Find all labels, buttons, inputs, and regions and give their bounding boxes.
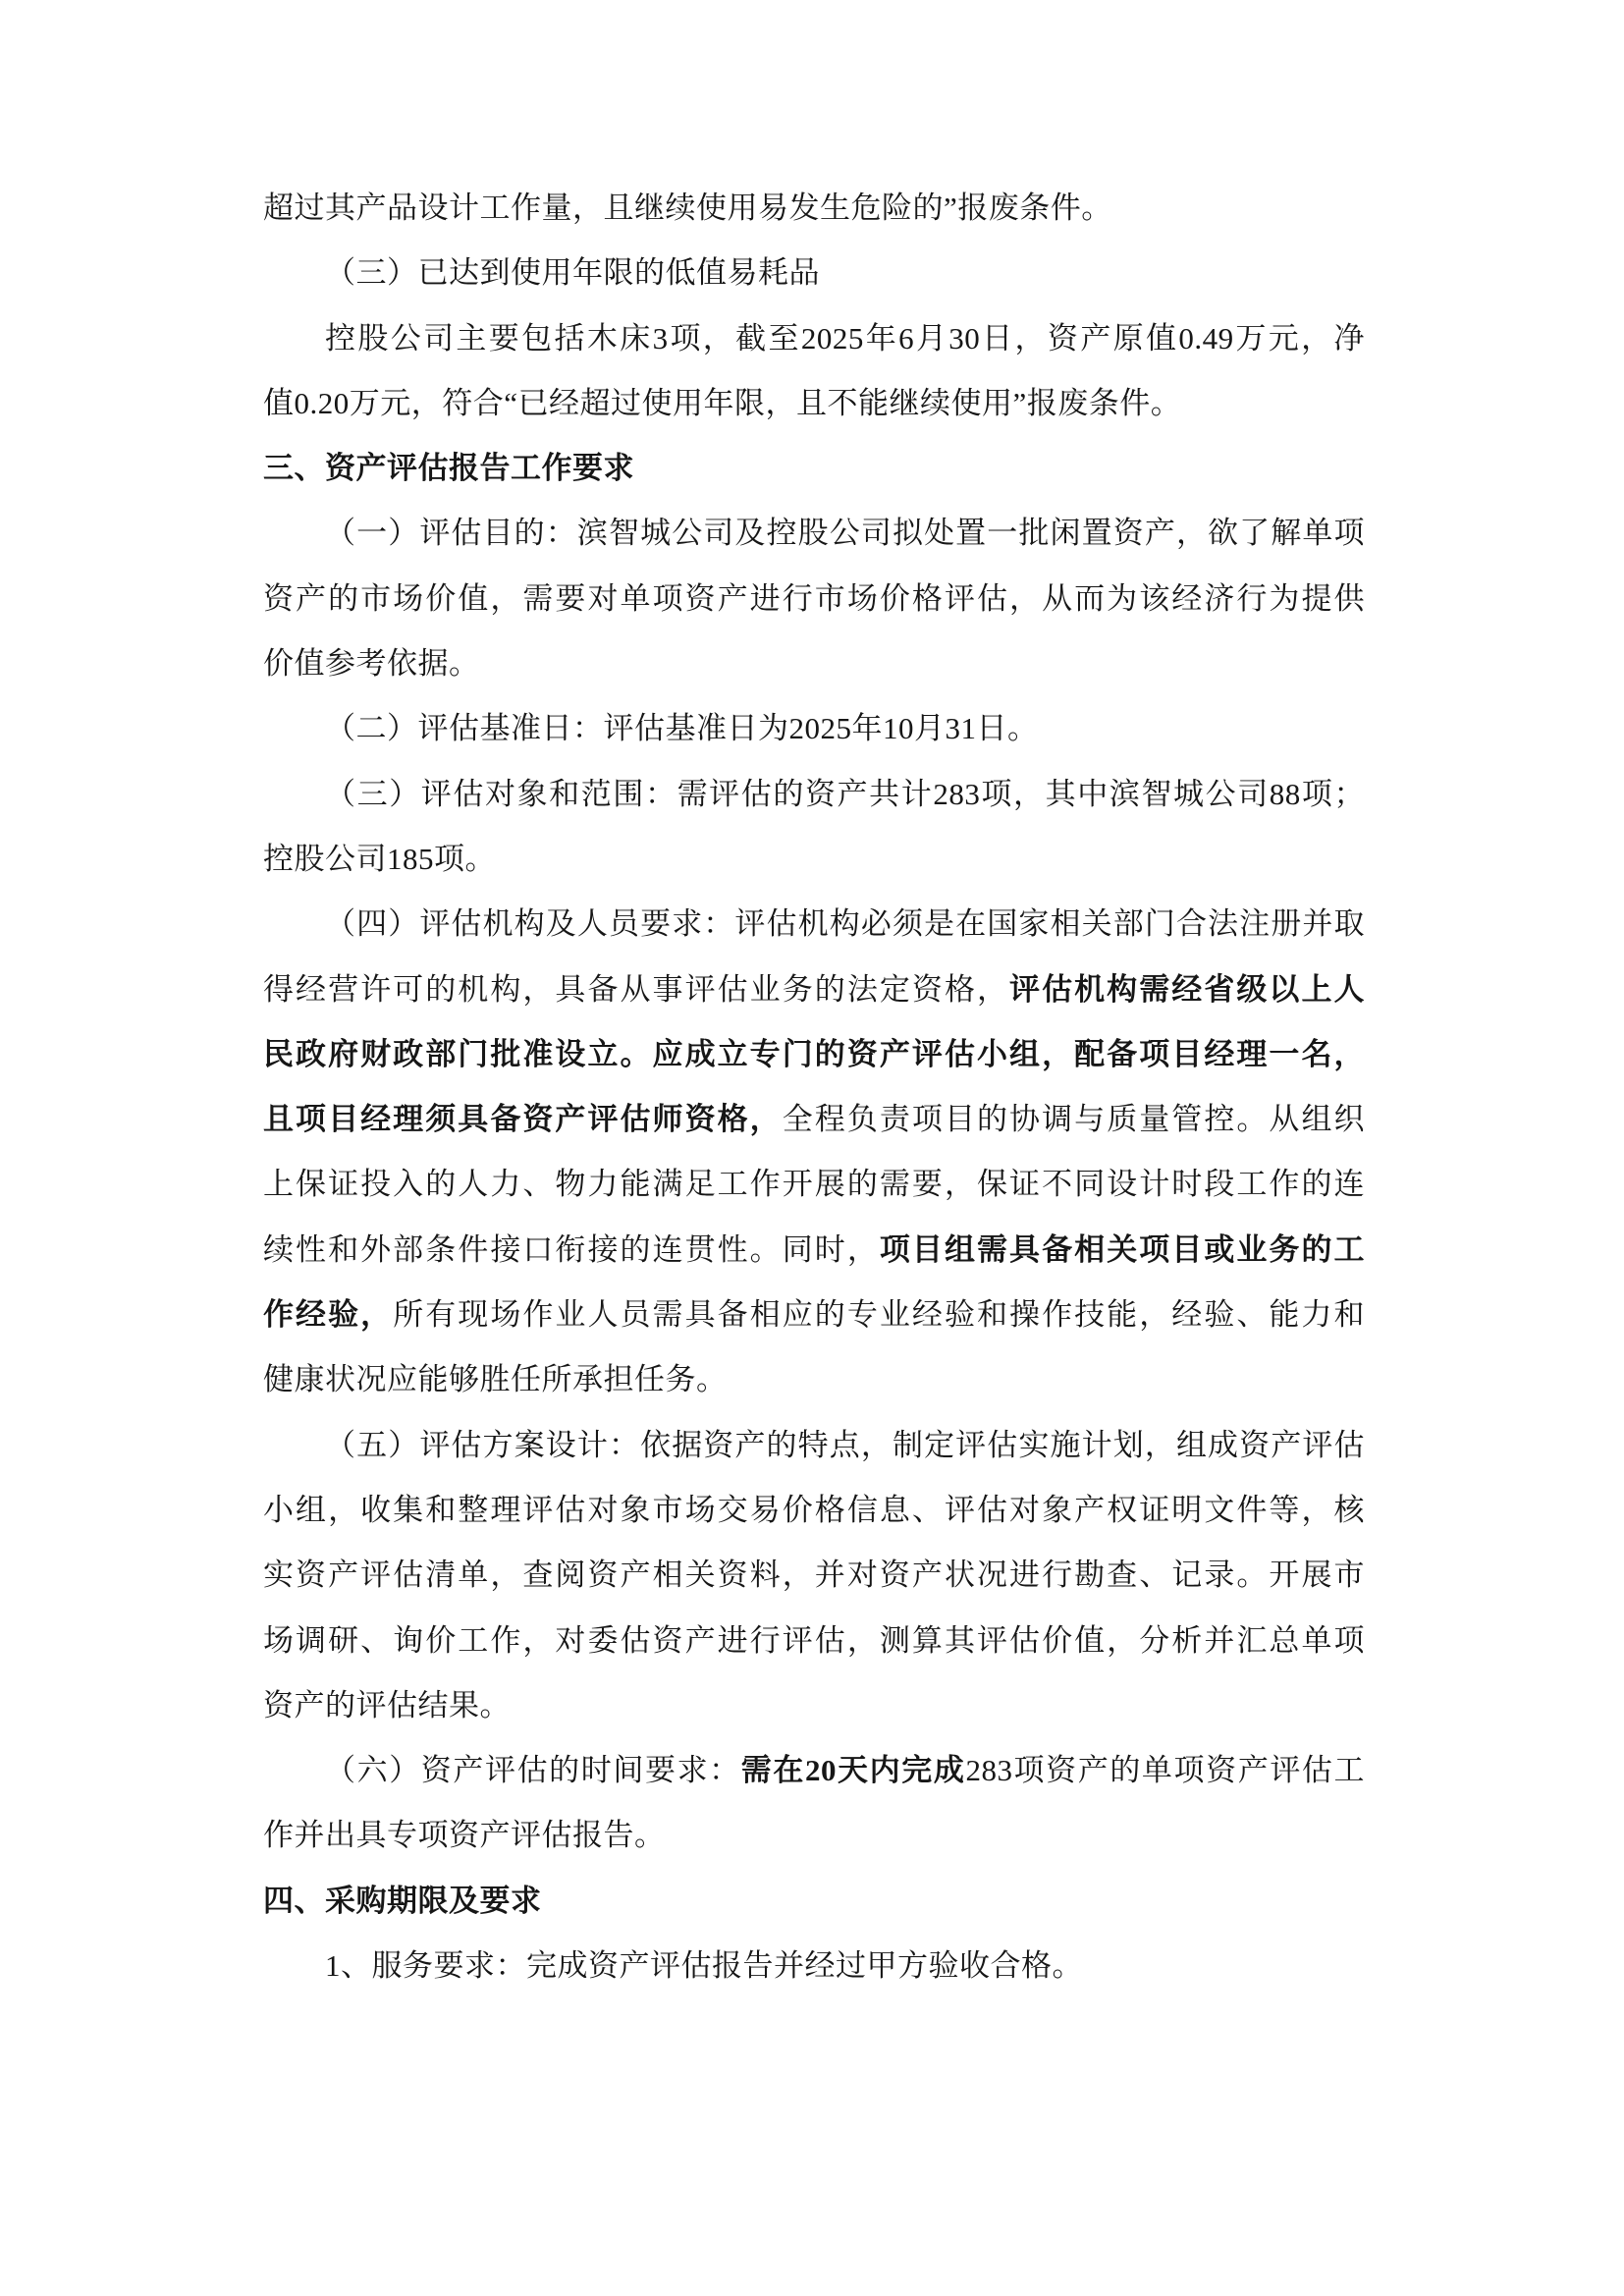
bold-text-run: 且项目经理须具备资产评估师资格， bbox=[263, 1102, 783, 1136]
text-run: 控股公司主要包括木床3项，截至2025年6月30日，资产原值0.49万元，净 bbox=[325, 321, 1365, 355]
bold-text-run: 评估机构需经省级以上人 bbox=[1009, 972, 1365, 1007]
body-text-line: 1、服务要求：完成资产评估报告并经过甲方验收合格。 bbox=[263, 1934, 1365, 1998]
body-text-line: 实资产评估清单，查阅资产相关资料，并对资产状况进行勘查、记录。开展市 bbox=[263, 1543, 1365, 1608]
body-text-line: 值0.20万元，符合“已经超过使用年限，且不能继续使用”报废条件。 bbox=[263, 371, 1365, 436]
bold-text-run: 需在20天内完成 bbox=[741, 1753, 966, 1787]
body-text-line: 且项目经理须具备资产评估师资格，全程负责项目的协调与质量管控。从组织 bbox=[263, 1087, 1365, 1152]
text-run: 健康状况应能够胜任所承担任务。 bbox=[263, 1362, 728, 1396]
document-page: 超过其产品设计工作量，且继续使用易发生危险的”报废条件。（三）已达到使用年限的低… bbox=[0, 0, 1624, 2296]
text-run: 283项资产的单项资产评估工 bbox=[965, 1753, 1365, 1787]
text-run: （六）资产评估的时间要求： bbox=[325, 1753, 741, 1787]
body-text-line: （二）评估基准日：评估基准日为2025年10月31日。 bbox=[263, 696, 1365, 761]
text-run: 控股公司185项。 bbox=[263, 842, 496, 876]
document-text: 超过其产品设计工作量，且继续使用易发生危险的”报废条件。（三）已达到使用年限的低… bbox=[263, 176, 1365, 1998]
body-text-line: 作经验，所有现场作业人员需具备相应的专业经验和操作技能，经验、能力和 bbox=[263, 1283, 1365, 1347]
text-run: （一）评估目的：滨智城公司及控股公司拟处置一批闲置资产，欲了解单项 bbox=[325, 516, 1365, 550]
bold-text-run: 民政府财政部门批准设立。应成立专门的资产评估小组，配备项目经理一名， bbox=[263, 1037, 1365, 1071]
text-run: 值0.20万元，符合“已经超过使用年限，且不能继续使用”报废条件。 bbox=[263, 386, 1181, 420]
body-text-line: （三）评估对象和范围：需评估的资产共计283项，其中滨智城公司88项； bbox=[263, 762, 1365, 827]
text-run: 小组，收集和整理评估对象市场交易价格信息、评估对象产权证明文件等，核 bbox=[263, 1493, 1365, 1527]
text-run: 场调研、询价工作，对委估资产进行评估，测算其评估价值，分析并汇总单项 bbox=[263, 1623, 1365, 1658]
body-text-line: 超过其产品设计工作量，且继续使用易发生危险的”报废条件。 bbox=[263, 176, 1365, 241]
bold-text-run: 作经验， bbox=[263, 1297, 393, 1332]
body-text-line: （四）评估机构及人员要求：评估机构必须是在国家相关部门合法注册并取 bbox=[263, 892, 1365, 957]
body-text-line: 作并出具专项资产评估报告。 bbox=[263, 1803, 1365, 1868]
text-run: 1、服务要求：完成资产评估报告并经过甲方验收合格。 bbox=[325, 1948, 1083, 1983]
body-text-line: 健康状况应能够胜任所承担任务。 bbox=[263, 1347, 1365, 1412]
text-run: 资产的市场价值，需要对单项资产进行市场价格评估，从而为该经济行为提供 bbox=[263, 581, 1365, 616]
body-text-line: （三）已达到使用年限的低值易耗品 bbox=[263, 241, 1365, 305]
body-text-line: （五）评估方案设计：依据资产的特点，制定评估实施计划，组成资产评估 bbox=[263, 1413, 1365, 1478]
body-text-line: 得经营许可的机构，具备从事评估业务的法定资格，评估机构需经省级以上人 bbox=[263, 957, 1365, 1022]
text-run: （三）评估对象和范围：需评估的资产共计283项，其中滨智城公司88项； bbox=[325, 777, 1365, 811]
text-run: 续性和外部条件接口衔接的连贯性。同时， bbox=[263, 1232, 880, 1267]
text-run: 超过其产品设计工作量，且继续使用易发生危险的”报废条件。 bbox=[263, 191, 1112, 225]
body-text-line: 续性和外部条件接口衔接的连贯性。同时，项目组需具备相关项目或业务的工 bbox=[263, 1218, 1365, 1283]
body-text-line: 资产的评估结果。 bbox=[263, 1673, 1365, 1738]
bold-text-run: 三、资产评估报告工作要求 bbox=[263, 451, 634, 485]
text-run: 作并出具专项资产评估报告。 bbox=[263, 1818, 666, 1852]
text-run: 得经营许可的机构，具备从事评估业务的法定资格， bbox=[263, 972, 1009, 1007]
text-run: 价值参考依据。 bbox=[263, 646, 480, 681]
text-run: 资产的评估结果。 bbox=[263, 1688, 511, 1722]
body-text-line: 价值参考依据。 bbox=[263, 631, 1365, 696]
bold-text-run: 项目组需具备相关项目或业务的工 bbox=[880, 1232, 1365, 1267]
body-text-line: 场调研、询价工作，对委估资产进行评估，测算其评估价值，分析并汇总单项 bbox=[263, 1609, 1365, 1673]
body-text-line: （六）资产评估的时间要求：需在20天内完成283项资产的单项资产评估工 bbox=[263, 1738, 1365, 1803]
text-run: 实资产评估清单，查阅资产相关资料，并对资产状况进行勘查、记录。开展市 bbox=[263, 1558, 1365, 1592]
text-run: 全程负责项目的协调与质量管控。从组织 bbox=[783, 1102, 1365, 1136]
text-run: （三）已达到使用年限的低值易耗品 bbox=[325, 255, 820, 290]
text-run: 上保证投入的人力、物力能满足工作开展的需要，保证不同设计时段工作的连 bbox=[263, 1167, 1365, 1201]
text-run: （二）评估基准日：评估基准日为2025年10月31日。 bbox=[325, 711, 1039, 745]
body-text-line: 控股公司185项。 bbox=[263, 827, 1365, 892]
body-text-line: 资产的市场价值，需要对单项资产进行市场价格评估，从而为该经济行为提供 bbox=[263, 567, 1365, 631]
text-run: 所有现场作业人员需具备相应的专业经验和操作技能，经验、能力和 bbox=[393, 1297, 1365, 1332]
body-text-line: 上保证投入的人力、物力能满足工作开展的需要，保证不同设计时段工作的连 bbox=[263, 1152, 1365, 1217]
text-run: （五）评估方案设计：依据资产的特点，制定评估实施计划，组成资产评估 bbox=[325, 1428, 1365, 1462]
body-text-line: 民政府财政部门批准设立。应成立专门的资产评估小组，配备项目经理一名， bbox=[263, 1022, 1365, 1087]
bold-text-run: 四、采购期限及要求 bbox=[263, 1884, 542, 1918]
text-run: （四）评估机构及人员要求：评估机构必须是在国家相关部门合法注册并取 bbox=[325, 906, 1365, 941]
section-heading-line: 三、资产评估报告工作要求 bbox=[263, 436, 1365, 501]
body-text-line: 小组，收集和整理评估对象市场交易价格信息、评估对象产权证明文件等，核 bbox=[263, 1478, 1365, 1543]
section-heading-line: 四、采购期限及要求 bbox=[263, 1869, 1365, 1934]
body-text-line: （一）评估目的：滨智城公司及控股公司拟处置一批闲置资产，欲了解单项 bbox=[263, 501, 1365, 566]
body-text-line: 控股公司主要包括木床3项，截至2025年6月30日，资产原值0.49万元，净 bbox=[263, 306, 1365, 371]
